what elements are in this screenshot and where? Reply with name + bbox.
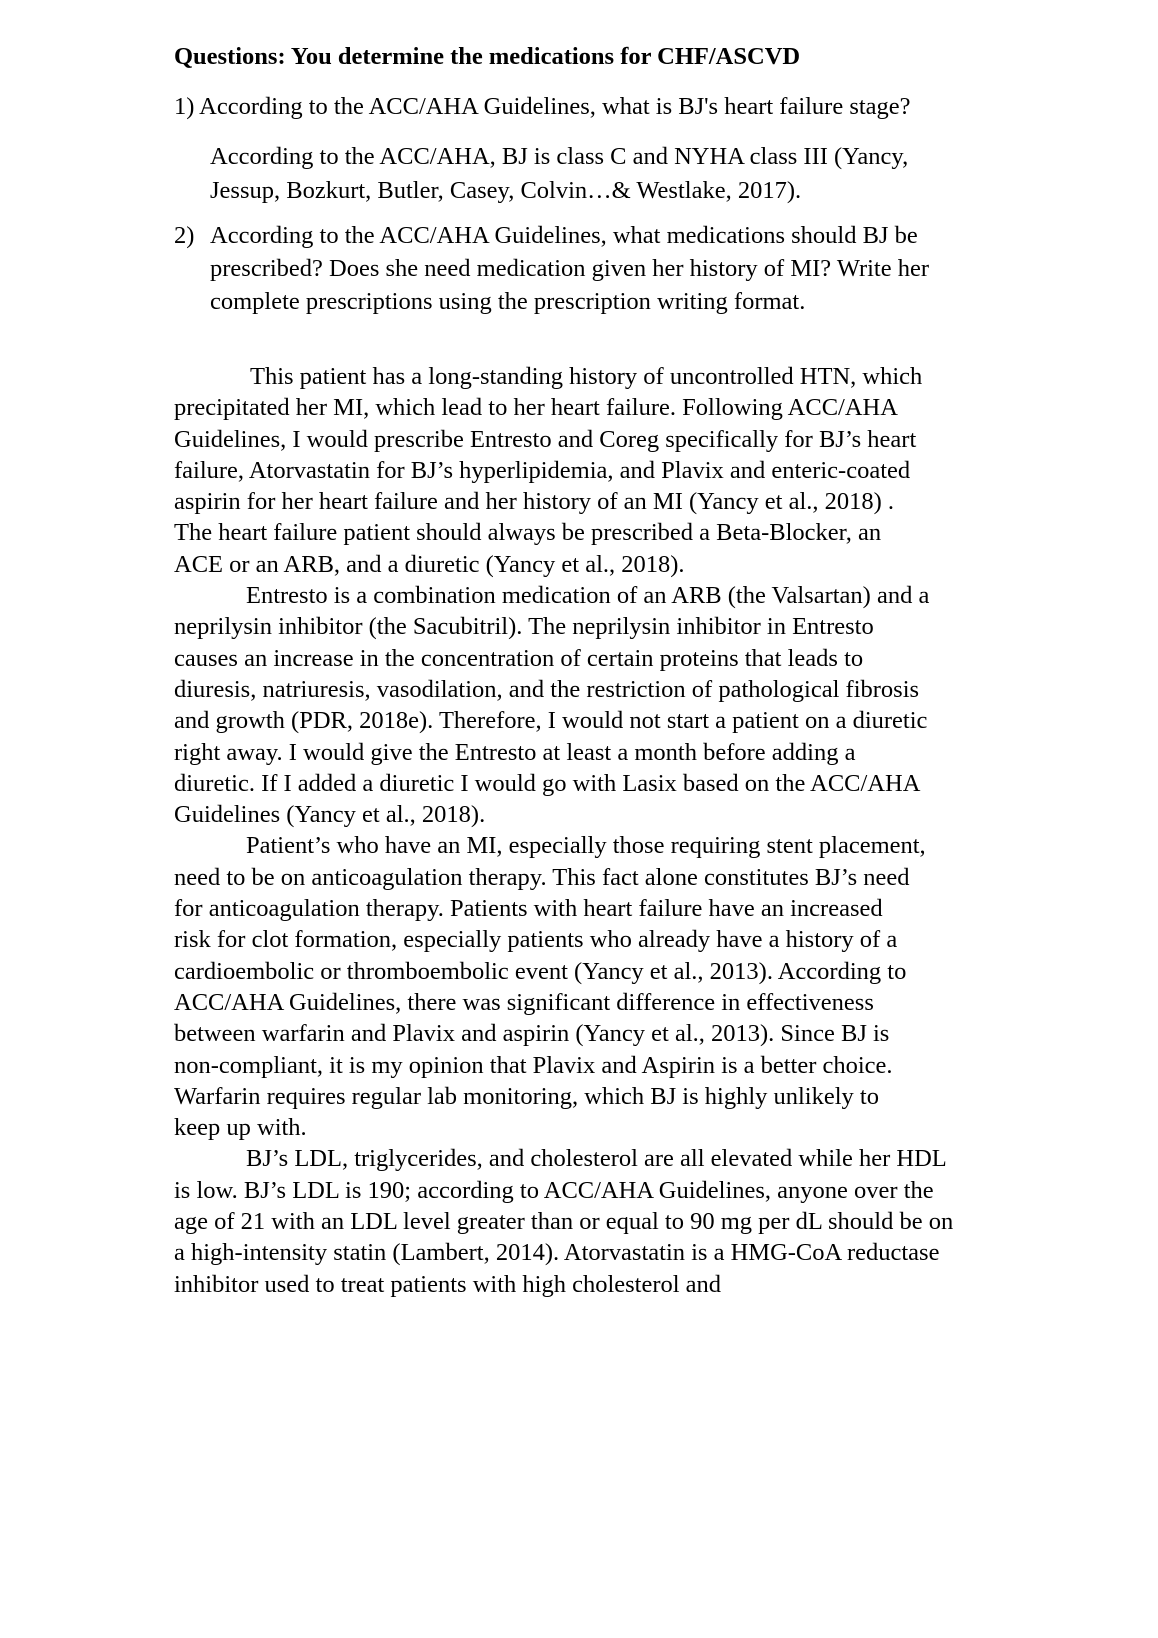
- question-2-line: complete prescriptions using the prescri…: [210, 285, 929, 318]
- paragraph-3-line: for anticoagulation therapy. Patients wi…: [174, 893, 953, 924]
- paragraph-2-line: diuresis, natriuresis, vasodilation, and…: [174, 674, 953, 705]
- paragraph-3-line: cardioembolic or thromboembolic event (Y…: [174, 956, 953, 987]
- paragraph-2-line: and growth (PDR, 2018e). Therefore, I wo…: [174, 705, 953, 736]
- paragraph-2-line: Entresto is a combination medication of …: [174, 580, 953, 611]
- document-page: Questions: You determine the medications…: [0, 0, 1158, 1638]
- paragraph-2-line: neprilysin inhibitor (the Sacubitril). T…: [174, 611, 953, 642]
- question-2-text: According to the ACC/AHA Guidelines, wha…: [210, 219, 929, 318]
- paragraph-4-line: a high-intensity statin (Lambert, 2014).…: [174, 1237, 953, 1268]
- answer-1-line: According to the ACC/AHA, BJ is class C …: [210, 140, 908, 174]
- paragraph-1-line: This patient has a long-standing history…: [174, 361, 953, 392]
- paragraph-3-line: between warfarin and Plavix and aspirin …: [174, 1018, 953, 1049]
- paragraph-3-line: Warfarin requires regular lab monitoring…: [174, 1081, 953, 1112]
- paragraph-2-line: causes an increase in the concentration …: [174, 643, 953, 674]
- paragraph-2-line: diuretic. If I added a diuretic I would …: [174, 768, 953, 799]
- paragraph-3-line: Patient’s who have an MI, especially tho…: [174, 830, 953, 861]
- page-heading: Questions: You determine the medications…: [174, 42, 800, 72]
- answer-2-body: This patient has a long-standing history…: [174, 361, 953, 1300]
- question-2-line: According to the ACC/AHA Guidelines, wha…: [210, 219, 929, 252]
- paragraph-1-line: ACE or an ARB, and a diuretic (Yancy et …: [174, 549, 953, 580]
- paragraph-1-line: precipitated her MI, which lead to her h…: [174, 392, 953, 423]
- paragraph-1-line: aspirin for her heart failure and her hi…: [174, 486, 953, 517]
- paragraph-3-line: risk for clot formation, especially pati…: [174, 924, 953, 955]
- answer-1-line: Jessup, Bozkurt, Butler, Casey, Colvin…&…: [210, 174, 908, 208]
- paragraph-3-line: need to be on anticoagulation therapy. T…: [174, 862, 953, 893]
- answer-1: According to the ACC/AHA, BJ is class C …: [210, 140, 908, 208]
- question-1: 1) According to the ACC/AHA Guidelines, …: [174, 92, 911, 122]
- paragraph-2-line: right away. I would give the Entresto at…: [174, 737, 953, 768]
- paragraph-1-line: The heart failure patient should always …: [174, 517, 953, 548]
- paragraph-3-line: non-compliant, it is my opinion that Pla…: [174, 1050, 953, 1081]
- question-2-line: prescribed? Does she need medication giv…: [210, 252, 929, 285]
- paragraph-4-line: BJ’s LDL, triglycerides, and cholesterol…: [174, 1143, 953, 1174]
- paragraph-3-line: keep up with.: [174, 1112, 953, 1143]
- paragraph-1-line: failure, Atorvastatin for BJ’s hyperlipi…: [174, 455, 953, 486]
- paragraph-4-line: is low. BJ’s LDL is 190; according to AC…: [174, 1175, 953, 1206]
- paragraph-4-line: inhibitor used to treat patients with hi…: [174, 1269, 953, 1300]
- paragraph-1-line: Guidelines, I would prescribe Entresto a…: [174, 424, 953, 455]
- paragraph-2-line: Guidelines (Yancy et al., 2018).: [174, 799, 953, 830]
- paragraph-4-line: age of 21 with an LDL level greater than…: [174, 1206, 953, 1237]
- question-2-number: 2): [174, 219, 194, 252]
- paragraph-3-line: ACC/AHA Guidelines, there was significan…: [174, 987, 953, 1018]
